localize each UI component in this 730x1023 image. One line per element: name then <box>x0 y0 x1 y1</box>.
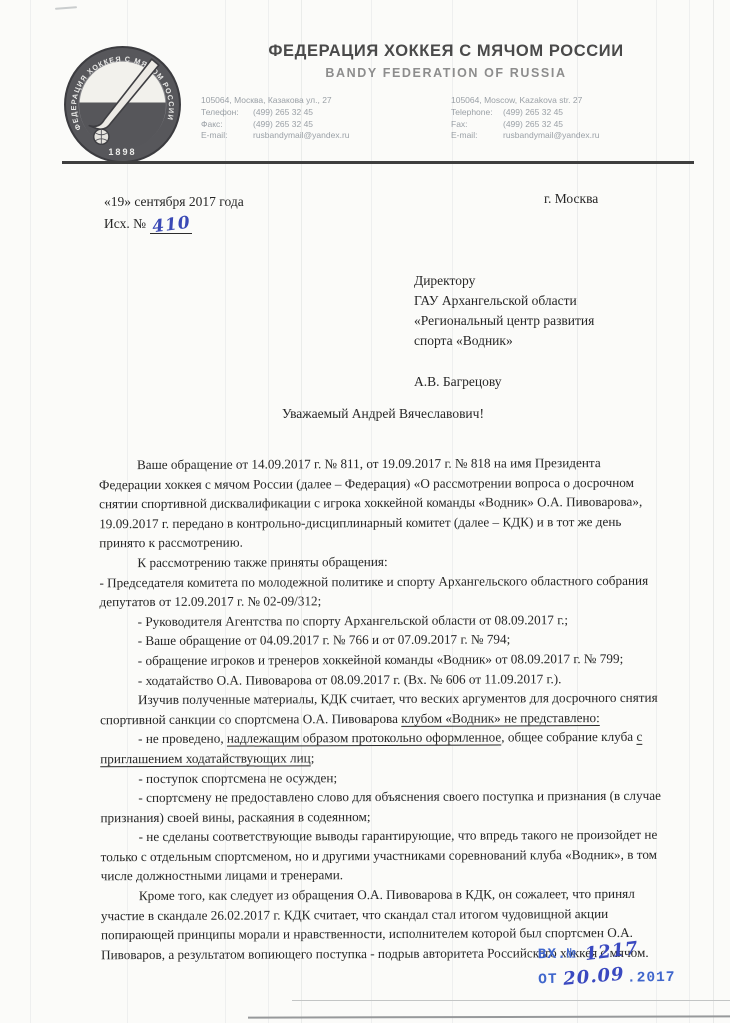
phone-label: Телефон: <box>201 107 253 119</box>
scan-artifact-mark <box>55 6 77 10</box>
body-text-segment: , общее собрание клуба <box>501 729 636 745</box>
phone-row-ru: Телефон: (499) 265 32 45 <box>201 107 436 119</box>
fax-label: Fax: <box>451 119 503 131</box>
email-row-en: E-mail: rusbandymail@yandex.ru <box>451 130 691 142</box>
fax-row-ru: Факс: (499) 265 32 45 <box>201 119 436 131</box>
body-text-segment: - ходатайство О.А. Пивоварова от 08.09.2… <box>138 671 562 688</box>
contacts-en: 105064, Moscow, Kazakova str. 27 Telepho… <box>451 95 691 142</box>
email-label: E-mail: <box>201 130 253 142</box>
outgoing-number-underline: 410 <box>150 213 193 234</box>
body-paragraph: - не проведено, надлежащим образом прото… <box>100 727 666 769</box>
recipient-line: «Региональный центр развития <box>414 311 594 331</box>
email-value: rusbandymail@yandex.ru <box>503 130 600 142</box>
body-paragraph: - поступок спортсмена не осужден; <box>100 766 666 788</box>
org-name-en: BANDY FEDERATION OF RUSSIA <box>196 66 696 80</box>
body-paragraph: - Руководителя Агентства по спорту Архан… <box>100 610 666 632</box>
body-paragraph: - ходатайство О.А. Пивоварова от 08.09.2… <box>100 668 666 690</box>
recipient-person: А.В. Багрецову <box>414 372 594 392</box>
phone-value: (499) 265 32 45 <box>253 107 313 119</box>
body-text-segment: - Председателя комитета по молодежной по… <box>99 572 648 609</box>
phone-value: (499) 265 32 45 <box>503 107 563 119</box>
underlined-text: надлежащим образом протокольно оформленн… <box>227 730 501 746</box>
body-paragraph: - Председателя комитета по молодежной по… <box>99 570 665 612</box>
body-text-segment: Ваше обращение от 14.09.2017 г. № 811, о… <box>99 455 642 551</box>
letter-body: Ваше обращение от 14.09.2017 г. № 811, о… <box>99 453 667 965</box>
stamp-number-row: ВХ.№1217 <box>538 940 676 967</box>
scan-artifact-line <box>30 0 31 1023</box>
fax-row-en: Fax: (499) 265 32 45 <box>451 119 691 131</box>
body-text-segment: ; <box>311 750 315 765</box>
stamp-date-handwritten: 20.09 <box>563 964 626 990</box>
outgoing-number-label: Исх. № <box>104 216 146 231</box>
letter-date: «19» сентября 2017 года <box>104 194 244 210</box>
email-row-ru: E-mail: rusbandymail@yandex.ru <box>201 130 436 142</box>
body-paragraph: - Ваше обращение от 04.09.2017 г. № 766 … <box>100 629 666 651</box>
address-en: 105064, Moscow, Kazakova str. 27 <box>451 95 691 107</box>
recipient-line: Директору <box>414 271 594 291</box>
body-text-segment: К рассмотрению также приняты обращения: <box>137 554 387 570</box>
body-paragraph: Ваше обращение от 14.09.2017 г. № 811, о… <box>99 453 665 553</box>
body-paragraph: К рассмотрению также приняты обращения: <box>99 551 665 573</box>
federation-seal-logo: ФЕДЕРАЦИЯ ХОККЕЯ С МЯЧОМ РОССИИ 1898 <box>62 44 183 170</box>
scanned-letter-page: ФЕДЕРАЦИЯ ХОККЕЯ С МЯЧОМ РОССИИ 1898 ФЕД… <box>0 0 730 1023</box>
outgoing-number-handwritten: 410 <box>151 213 192 238</box>
body-paragraph: - не сделаны соответствующие выводы гара… <box>101 825 667 886</box>
stamp-in-number-handwritten: 1217 <box>583 938 639 965</box>
recipient-line: спорта «Водник» <box>414 331 594 351</box>
address-ru: 105064, Москва, Казакова ул., 27 <box>201 95 436 107</box>
scan-artifact-line <box>713 0 714 1023</box>
org-name-ru: ФЕДЕРАЦИЯ ХОККЕЯ С МЯЧОМ РОССИИ <box>196 42 696 61</box>
scan-artifact-line <box>689 0 690 1023</box>
email-label: E-mail: <box>451 130 503 142</box>
fax-label: Факс: <box>201 119 253 131</box>
email-value: rusbandymail@yandex.ru <box>253 130 350 142</box>
scan-page-edge-line <box>292 1000 730 1001</box>
bandy-seal-icon: ФЕДЕРАЦИЯ ХОККЕЯ С МЯЧОМ РОССИИ 1898 <box>62 44 183 165</box>
body-text-segment: - не сделаны соответствующие выводы гара… <box>101 827 658 884</box>
stamp-year: .2017 <box>627 970 676 987</box>
recipient-block: Директору ГАУ Архангельской области «Рег… <box>414 271 594 392</box>
contacts-ru: 105064, Москва, Казакова ул., 27 Телефон… <box>201 95 436 142</box>
bandy-ball-icon <box>94 129 109 144</box>
body-text-segment: - поступок спортсмена не осужден; <box>138 770 337 786</box>
header-divider <box>62 161 694 164</box>
body-text-segment: - Ваше обращение от 04.09.2017 г. № 766 … <box>138 632 511 649</box>
stamp-from-label: ОТ <box>538 972 558 988</box>
underlined-text: клубом «Водник» не представлено: <box>401 710 600 726</box>
body-text-segment: - спортсмену не предоставлено слово для … <box>100 788 661 825</box>
letterhead: ФЕДЕРАЦИЯ ХОККЕЯ С МЯЧОМ РОССИИ BANDY FE… <box>196 42 696 80</box>
letter-city: г. Москва <box>544 191 598 207</box>
fax-value: (499) 265 32 45 <box>253 119 313 131</box>
body-paragraph: - спортсмену не предоставлено слово для … <box>100 786 666 828</box>
fax-value: (499) 265 32 45 <box>503 119 563 131</box>
body-text-segment: - обращение игроков и тренеров хоккейной… <box>138 651 624 668</box>
body-paragraph: - обращение игроков и тренеров хоккейной… <box>100 649 666 671</box>
outgoing-number-line: Исх. №410 <box>104 213 192 234</box>
stamp-in-label: ВХ.№ <box>538 947 577 964</box>
phone-label: Telephone: <box>451 107 503 119</box>
body-text-segment: - не проведено, <box>138 731 227 746</box>
body-paragraph: Изучив полученные материалы, КДК считает… <box>100 688 666 730</box>
phone-row-en: Telephone: (499) 265 32 45 <box>451 107 691 119</box>
incoming-stamp: ВХ.№1217 ОТ20.09.2017 <box>538 940 676 992</box>
salutation: Уважаемый Андрей Вячеславович! <box>100 406 666 422</box>
seal-year: 1898 <box>108 147 136 157</box>
body-text-segment: - Руководителя Агентства по спорту Архан… <box>138 612 568 629</box>
recipient-line: ГАУ Архангельской области <box>414 291 594 311</box>
scan-page-edge-line <box>248 1015 730 1018</box>
stamp-date-row: ОТ20.09.2017 <box>538 965 676 992</box>
